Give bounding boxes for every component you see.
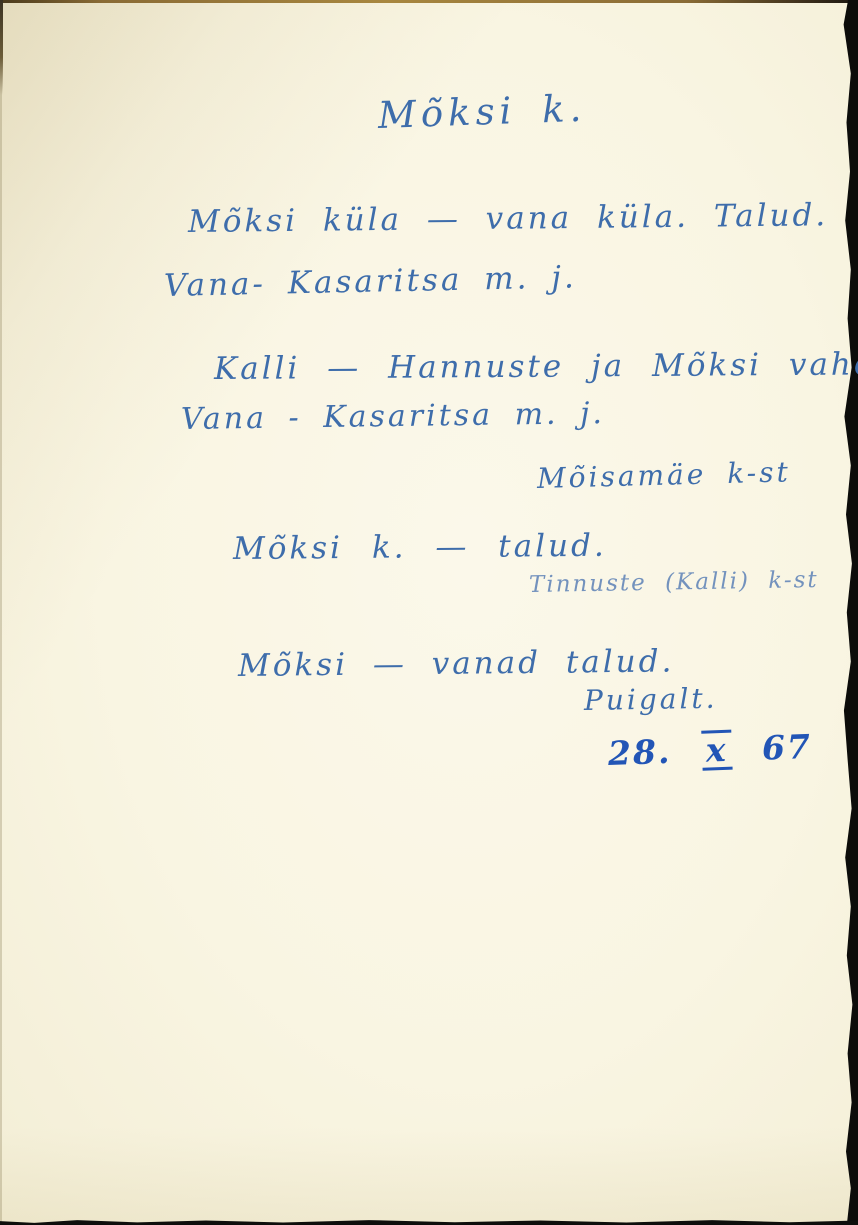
entry-kalli: Kalli — Hannuste ja Mõksi vahel. [214, 346, 858, 387]
entry-moksi-vanad-talud: Mõksi — vanad talud. [238, 643, 675, 684]
scan-edge-left-top [0, 0, 3, 95]
entry-moksi-k-talud: Mõksi k. — talud. [233, 528, 607, 567]
date-notation: 28. x 67 [607, 727, 812, 774]
entry-vana-kasaritsa-1: Vana- Kasaritsa m. j. [164, 259, 578, 304]
source-moisamae: Mõisamäe k-st [537, 455, 792, 495]
date-year: 67 [761, 727, 812, 768]
source-tinnuste-kalli: Tinnuste (Kalli) k-st [529, 567, 819, 598]
entry-vana-kasaritsa-2: Vana - Kasaritsa m. j. [181, 396, 605, 437]
scanned-archive-card: Mõksi k. Mõksi küla — vana küla. Talud. … [0, 0, 858, 1225]
scan-edge-left-faint [0, 0, 2, 1225]
scan-edge-bottom [0, 1218, 858, 1225]
card-title: Mõksi k. [377, 87, 587, 137]
scan-edge-right-ragged [842, 0, 858, 1225]
date-day: 28. [607, 732, 672, 773]
source-puigalt: Puigalt. [584, 682, 718, 717]
date-month-roman-numeral: x [701, 730, 732, 771]
scan-edge-top [0, 0, 858, 3]
entry-moksi-kula: Mõksi küla — vana küla. Talud. [188, 197, 829, 240]
